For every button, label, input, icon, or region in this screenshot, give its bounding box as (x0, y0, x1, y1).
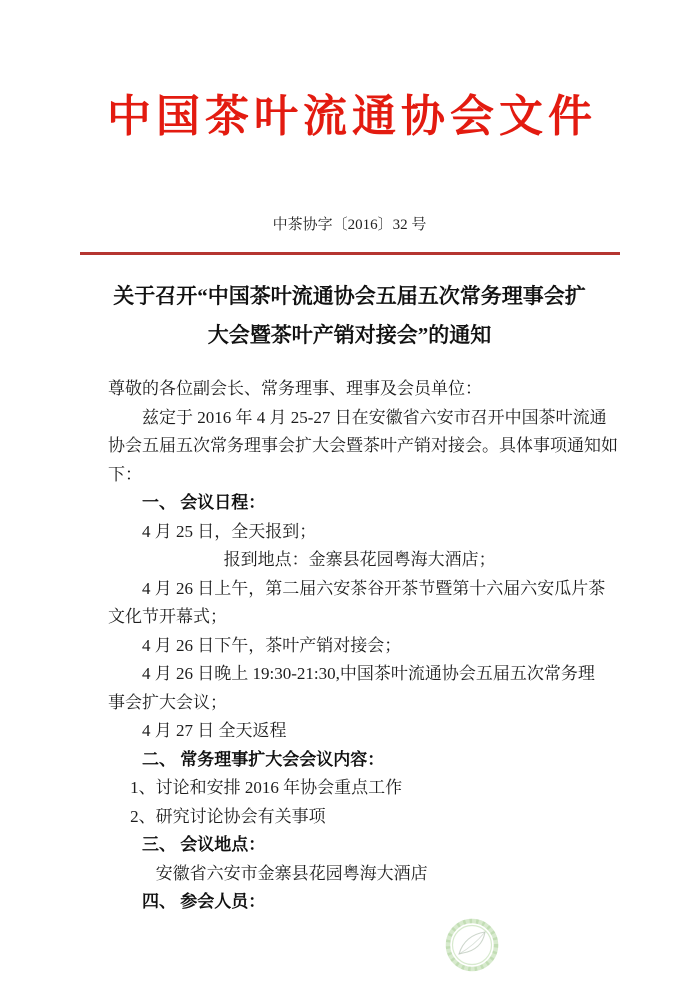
body-line: 4 月 26 日下午，茶叶产销对接会； (108, 632, 620, 661)
body-line: 尊敬的各位副会长、常务理事、理事及会员单位： (108, 375, 620, 404)
body-line: 文化节开幕式； (108, 603, 620, 632)
body-line: 安徽省六安市金寨县花园粤海大酒店 (108, 860, 620, 889)
body-line: 4 月 27 日 全天返程 (108, 717, 620, 746)
body-line: 兹定于 2016 年 4 月 25-27 日在安徽省六安市召开中国茶叶流通 (108, 404, 620, 433)
tea-leaf-seal-icon (445, 918, 499, 972)
body-line: 三、 会议地点： (108, 831, 620, 860)
body-line: 一、 会议日程： (108, 489, 620, 518)
tea-leaf-seal-watermark (445, 918, 499, 972)
body-line: 事会扩大会议； (108, 689, 620, 718)
notice-title-line1: 关于召开“中国茶叶流通协会五届五次常务理事会扩 (113, 284, 586, 308)
body-line: 4 月 26 日上午，第二届六安茶谷开茶节暨第十六届六安瓜片茶 (108, 575, 620, 604)
body-line: 四、 参会人员： (108, 888, 620, 917)
body-line: 二、 常务理事扩大会会议内容： (108, 746, 620, 775)
body-line: 4 月 25 日，全天报到； (108, 518, 620, 547)
red-divider-line (80, 252, 620, 255)
body-line: 报到地点：金寨县花园粤海大酒店； (108, 546, 620, 575)
body-line: 协会五届五次常务理事会扩大会暨茶叶产销对接会。具体事项通知如 (108, 432, 620, 461)
body-line: 4 月 26 日晚上 19:30-21:30,中国茶叶流通协会五届五次常务理 (108, 660, 620, 689)
notice-title: 关于召开“中国茶叶流通协会五届五次常务理事会扩 大会暨茶叶产销对接会”的通知 (80, 277, 619, 355)
body-line: 下： (108, 461, 620, 490)
document-page: 中国茶叶流通协会文件 中茶协字〔2016〕32 号 关于召开“中国茶叶流通协会五… (0, 0, 699, 988)
document-number: 中茶协字〔2016〕32 号 (0, 215, 699, 235)
body-line: 1、讨论和安排 2016 年协会重点工作 (108, 774, 620, 803)
body-line: 2、研究讨论协会有关事项 (108, 803, 620, 832)
notice-title-line2: 大会暨茶叶产销对接会”的通知 (208, 323, 492, 347)
notice-body: 尊敬的各位副会长、常务理事、理事及会员单位：兹定于 2016 年 4 月 25-… (108, 375, 620, 917)
document-org-title: 中国茶叶流通协会文件 (0, 91, 699, 143)
